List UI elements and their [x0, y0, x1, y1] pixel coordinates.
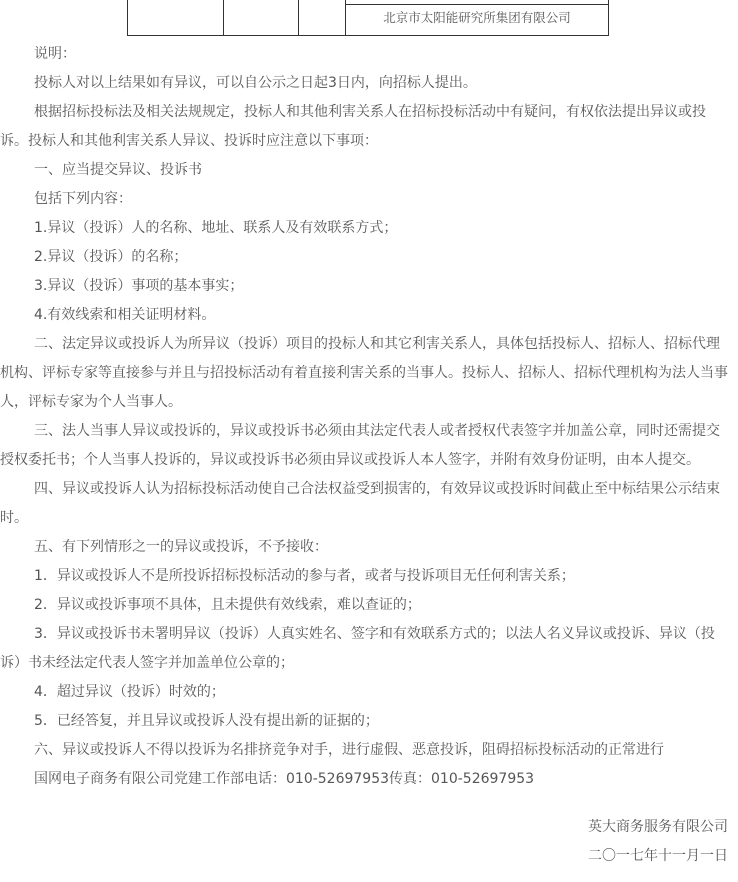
paragraph: 六、异议或投诉人不得以投诉为名排挤竞争对手，进行虚假、恶意投诉，阻碍招标投标活动… — [0, 736, 730, 765]
list-item: 4.有效线索和相关证明材料。 — [0, 301, 730, 330]
paragraph: 二、法定异议或投诉人为所异议（投诉）项目的投标人和其它利害关系人，具体包括投标人… — [0, 330, 730, 417]
table-column-divider — [223, 0, 224, 35]
table-row-divider — [346, 4, 608, 5]
notice-body: 说明： 投标人对以上结果如有异议，可以自公示之日起3日内，向招标人提出。 根据招… — [0, 40, 730, 794]
table-column-divider — [298, 0, 299, 35]
contact-info: 国网电子商务有限公司党建工作部电话：010-52697953传真：010-526… — [0, 765, 730, 794]
notes-heading: 说明： — [0, 40, 730, 69]
signature-date: 二〇一七年十一月一日 — [588, 842, 728, 871]
section-heading: 一、应当提交异议、投诉书 — [0, 156, 730, 185]
paragraph: 四、异议或投诉人认为招标投标活动使自己合法权益受到损害的，有效异议或投诉时间截止… — [0, 475, 730, 533]
list-item: 1．异议或投诉人不是所投诉招标投标活动的参与者，或者与投诉项目无任何利害关系； — [0, 562, 730, 591]
signature-company: 英大商务服务有限公司 — [588, 813, 728, 842]
paragraph: 根据招标投标法及相关法规规定，投标人和其他利害关系人在招标投标活动中有疑问，有权… — [0, 98, 730, 156]
list-item: 1.异议（投诉）人的名称、地址、联系人及有效联系方式； — [0, 214, 730, 243]
list-item: 3.异议（投诉）事项的基本事实； — [0, 272, 730, 301]
paragraph: 三、法人当事人异议或投诉的，异议或投诉书必须由其法定代表人或者授权代表签字并加盖… — [0, 417, 730, 475]
table-cell-company: 北京市太阳能研究所集团有限公司 — [346, 8, 608, 26]
list-item: 5．已经答复，并且异议或投诉人没有提出新的证据的； — [0, 707, 730, 736]
list-item: 3．异议或投诉书未署明异议（投诉）人真实姓名、签字和有效联系方式的；以法人名义异… — [0, 620, 730, 678]
list-item: 2.异议（投诉）的名称； — [0, 243, 730, 272]
paragraph: 投标人对以上结果如有异议，可以自公示之日起3日内，向招标人提出。 — [0, 69, 730, 98]
list-item: 4．超过异议（投诉）时效的； — [0, 678, 730, 707]
list-item: 2．异议或投诉事项不具体，且未提供有效线索，难以查证的； — [0, 591, 730, 620]
results-table-bottom: 北京市太阳能研究所集团有限公司 — [127, 0, 609, 36]
section-heading: 五、有下列情形之一的异议或投诉，不予接收： — [0, 533, 730, 562]
paragraph: 包括下列内容： — [0, 185, 730, 214]
